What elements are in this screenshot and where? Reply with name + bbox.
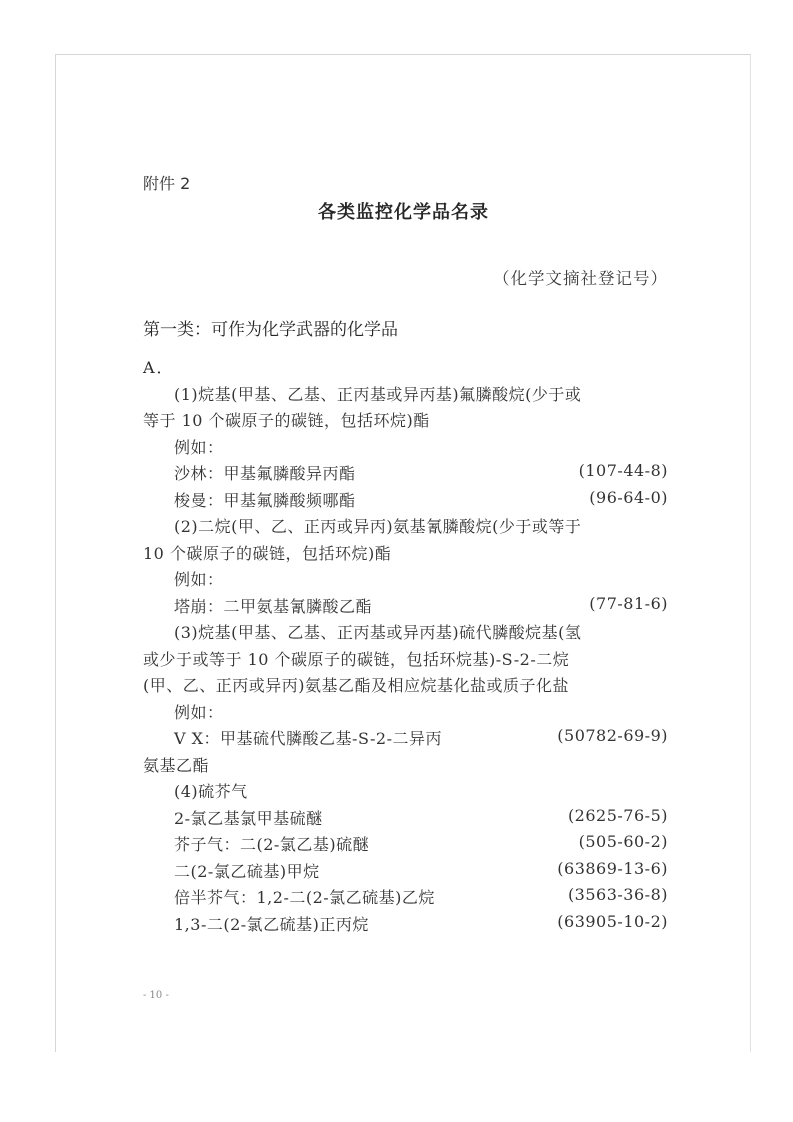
item4-desc-line1: (4)硫芥气 [174, 779, 248, 802]
attachment-label: 附件 2 [143, 171, 190, 194]
page-number: - 10 - [143, 990, 169, 1001]
cas-number: (63869-13-6) [557, 859, 668, 878]
chemical-name: 2-氯乙基氯甲基硫醚 [174, 806, 323, 829]
subsection-label: A． [143, 355, 175, 378]
chemical-name-continuation: 氨基乙酯 [143, 753, 209, 776]
cas-number: (96-64-0) [589, 488, 668, 507]
chemical-name: 梭曼：甲基氟膦酸频哪酯 [174, 488, 356, 511]
item1-desc-line1: (1)烷基(甲基、乙基、正丙基或异丙基)氟膦酸烷(少于或 [174, 382, 581, 405]
chemical-name: 沙林：甲基氟膦酸异丙酯 [174, 461, 356, 484]
chemical-name: V X：甲基硫代膦酸乙基-S-2-二异丙 [174, 726, 442, 749]
chemical-name: 1,3-二(2-氯乙硫基)正丙烷 [174, 912, 369, 935]
item3-desc-line1: (3)烷基(甲基、乙基、正丙基或异丙基)硫代膦酸烷基(氢 [174, 620, 581, 643]
item2-desc-line1: (2)二烷(甲、乙、正丙或异丙)氨基氰膦酸烷(少于或等于 [174, 514, 581, 537]
cas-number: (3563-36-8) [568, 885, 668, 904]
chemical-name: 倍半芥气：1,2-二(2-氯乙硫基)乙烷 [174, 885, 435, 908]
cas-number: (63905-10-2) [557, 912, 668, 931]
cas-number: (50782-69-9) [557, 726, 668, 745]
cas-number: (107-44-8) [579, 461, 668, 480]
item3-desc-line3: (甲、乙、正丙或异丙)氨基乙酯及相应烷基化盐或质子化盐 [143, 673, 569, 696]
chemical-name: 二(2-氯乙硫基)甲烷 [174, 859, 320, 882]
item2-example-label: 例如： [174, 567, 224, 590]
document-title: 各类监控化学品名录 [318, 198, 489, 224]
cas-number: (2625-76-5) [568, 806, 668, 825]
cas-number: (77-81-6) [589, 594, 668, 613]
item3-example-label: 例如： [174, 700, 224, 723]
item2-desc-line2: 10 个碳原子的碳链，包括环烷)酯 [143, 541, 391, 564]
chemical-name: 芥子气：二(2-氯乙基)硫醚 [174, 832, 369, 855]
chemical-name: 塔崩：二甲氨基氰膦酸乙酯 [174, 594, 372, 617]
section-heading: 第一类：可作为化学武器的化学品 [143, 315, 398, 340]
item1-example-label: 例如： [174, 435, 224, 458]
cas-number: (505-60-2) [579, 832, 668, 851]
item1-desc-line2: 等于 10 个碳原子的碳链，包括环烷)酯 [143, 408, 430, 431]
item3-desc-line2: 或少于或等于 10 个碳原子的碳链，包括环烷基)-S-2-二烷 [143, 647, 569, 670]
cas-column-header: （化学文摘社登记号） [493, 265, 668, 289]
